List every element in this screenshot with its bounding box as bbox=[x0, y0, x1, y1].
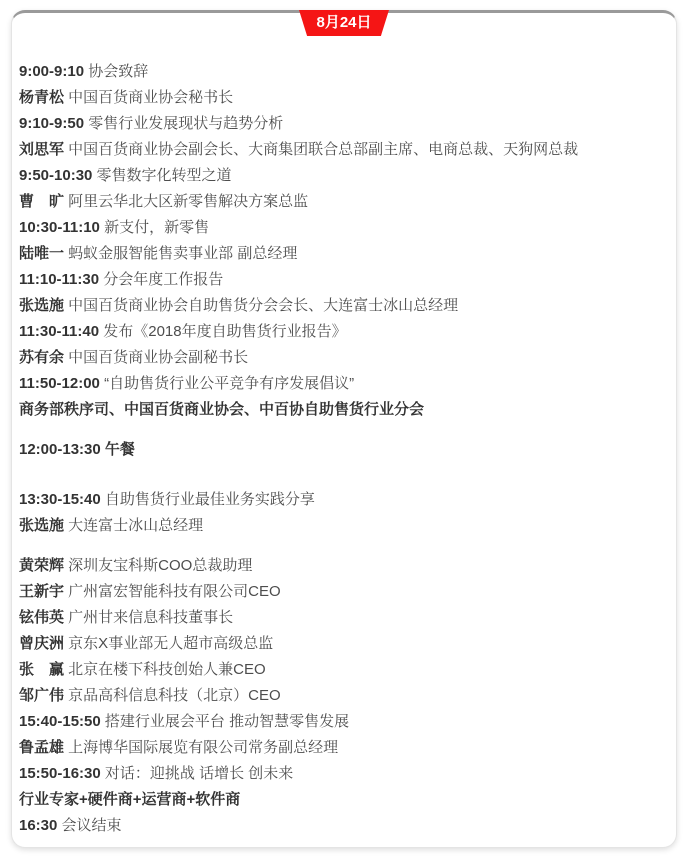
agenda-rest: 自助售货行业最佳业务实践分享 bbox=[101, 491, 315, 508]
agenda-lead: 张选施 bbox=[19, 297, 64, 314]
agenda-row: 张选施 大连富士冰山总经理 bbox=[19, 513, 669, 539]
agenda-lead: 11:30-11:40 bbox=[19, 323, 99, 340]
agenda-row: 10:30-11:10 新支付，新零售 bbox=[19, 215, 669, 241]
agenda-lead: 杨青松 bbox=[19, 89, 64, 106]
agenda-row: 15:50-16:30 对话：迎挑战 话增长 创未来 bbox=[19, 761, 669, 787]
agenda-lead: 11:10-11:30 bbox=[19, 271, 99, 288]
agenda-row: 刘思军 中国百货商业协会副会长、大商集团联合总部副主席、电商总裁、天狗网总裁 bbox=[19, 137, 669, 163]
agenda-row: 曹 旷 阿里云华北大区新零售解决方案总监 bbox=[19, 189, 669, 215]
agenda-lead: 行业专家+硬件商+运营商+软件商 bbox=[19, 791, 240, 808]
agenda-rest: 阿里云华北大区新零售解决方案总监 bbox=[64, 193, 308, 210]
agenda-rest: 新支付，新零售 bbox=[100, 219, 209, 236]
agenda-lead: 邹广伟 bbox=[19, 687, 64, 704]
agenda-row: 11:10-11:30 分会年度工作报告 bbox=[19, 267, 669, 293]
agenda-row: 11:30-11:40 发布《2018年度自助售货行业报告》 bbox=[19, 319, 669, 345]
agenda-lead: 曹 旷 bbox=[19, 193, 64, 210]
agenda-row: 13:30-15:40 自助售货行业最佳业务实践分享 bbox=[19, 487, 669, 513]
agenda-rest: 对话：迎挑战 话增长 创未来 bbox=[101, 765, 294, 782]
agenda-rest: “自助售货行业公平竞争有序发展倡议” bbox=[100, 375, 354, 392]
agenda-lead: 黄荣辉 bbox=[19, 557, 64, 574]
agenda-rest: 会议结束 bbox=[57, 817, 121, 834]
agenda-list: 9:00-9:10 协会致辞杨青松 中国百货商业协会秘书长9:10-9:50 零… bbox=[19, 59, 669, 839]
agenda-row: 陆唯一 蚂蚁金服智能售卖事业部 副总经理 bbox=[19, 241, 669, 267]
agenda-lead: 10:30-11:10 bbox=[19, 219, 100, 236]
agenda-rest: 中国百货商业协会秘书长 bbox=[64, 89, 233, 106]
agenda-row: 鲁孟雄 上海博华国际展览有限公司常务副总经理 bbox=[19, 735, 669, 761]
date-badge: 8月24日 bbox=[299, 10, 389, 36]
agenda-lead: 15:40-15:50 bbox=[19, 713, 101, 730]
agenda-rest: 深圳友宝科斯COO总裁助理 bbox=[64, 557, 252, 574]
agenda-row: 曾庆洲 京东X事业部无人超市高级总监 bbox=[19, 631, 669, 657]
agenda-lead: 刘思军 bbox=[19, 141, 64, 158]
agenda-row: 商务部秩序司、中国百货商业协会、中百协自助售货行业分会 bbox=[19, 397, 669, 423]
agenda-rest: 京东X事业部无人超市高级总监 bbox=[64, 635, 273, 652]
agenda-rest: 午餐 bbox=[101, 441, 135, 458]
agenda-lead: 张 赢 bbox=[19, 661, 64, 678]
agenda-lead: 铉伟英 bbox=[19, 609, 64, 626]
agenda-row: 王新宇 广州富宏智能科技有限公司CEO bbox=[19, 579, 669, 605]
agenda-row: 苏有余 中国百货商业协会副秘书长 bbox=[19, 345, 669, 371]
agenda-lead: 9:00-9:10 bbox=[19, 63, 84, 80]
agenda-rest: 京品高科信息科技（北京）CEO bbox=[64, 687, 281, 704]
agenda-row: 张 赢 北京在楼下科技创始人兼CEO bbox=[19, 657, 669, 683]
agenda-row: 16:30 会议结束 bbox=[19, 813, 669, 839]
agenda-rest: 中国百货商业协会副会长、大商集团联合总部副主席、电商总裁、天狗网总裁 bbox=[64, 141, 578, 158]
agenda-rest: 零售行业发展现状与趋势分析 bbox=[84, 115, 283, 132]
agenda-row: 张选施 中国百货商业协会自助售货分会会长、大连富士冰山总经理 bbox=[19, 293, 669, 319]
agenda-lead: 苏有余 bbox=[19, 349, 64, 366]
agenda-lead: 11:50-12:00 bbox=[19, 375, 100, 392]
agenda-lead: 9:50-10:30 bbox=[19, 167, 92, 184]
agenda-rest: 发布《2018年度自助售货行业报告》 bbox=[99, 323, 347, 340]
agenda-lead: 商务部秩序司、中国百货商业协会、中百协自助售货行业分会 bbox=[19, 401, 424, 418]
agenda-rest: 中国百货商业协会副秘书长 bbox=[64, 349, 248, 366]
agenda-lead: 陆唯一 bbox=[19, 245, 64, 262]
agenda-row: 邹广伟 京品高科信息科技（北京）CEO bbox=[19, 683, 669, 709]
agenda-rest: 搭建行业展会平台 推动智慧零售发展 bbox=[101, 713, 349, 730]
agenda-row: 杨青松 中国百货商业协会秘书长 bbox=[19, 85, 669, 111]
agenda-row: 9:50-10:30 零售数字化转型之道 bbox=[19, 163, 669, 189]
agenda-lead: 王新宇 bbox=[19, 583, 64, 600]
agenda-rest: 分会年度工作报告 bbox=[99, 271, 223, 288]
agenda-lead: 13:30-15:40 bbox=[19, 491, 101, 508]
agenda-row: 9:10-9:50 零售行业发展现状与趋势分析 bbox=[19, 111, 669, 137]
agenda-row: 黄荣辉 深圳友宝科斯COO总裁助理 bbox=[19, 553, 669, 579]
agenda-rest: 广州甘来信息科技董事长 bbox=[64, 609, 233, 626]
agenda-row: 铉伟英 广州甘来信息科技董事长 bbox=[19, 605, 669, 631]
agenda-lead: 12:00-13:30 bbox=[19, 441, 101, 458]
agenda-row: 9:00-9:10 协会致辞 bbox=[19, 59, 669, 85]
agenda-rest: 广州富宏智能科技有限公司CEO bbox=[64, 583, 281, 600]
agenda-lead: 曾庆洲 bbox=[19, 635, 64, 652]
agenda-row: 11:50-12:00 “自助售货行业公平竞争有序发展倡议” bbox=[19, 371, 669, 397]
agenda-rest: 协会致辞 bbox=[84, 63, 148, 80]
agenda-rest: 中国百货商业协会自助售货分会会长、大连富士冰山总经理 bbox=[64, 297, 458, 314]
schedule-card: 8月24日 9:00-9:10 协会致辞杨青松 中国百货商业协会秘书长9:10-… bbox=[11, 10, 677, 848]
agenda-lead: 张选施 bbox=[19, 517, 64, 534]
agenda-rest: 零售数字化转型之道 bbox=[92, 167, 231, 184]
agenda-rest: 上海博华国际展览有限公司常务副总经理 bbox=[64, 739, 338, 756]
agenda-row: 12:00-13:30 午餐 bbox=[19, 437, 669, 463]
agenda-row: 15:40-15:50 搭建行业展会平台 推动智慧零售发展 bbox=[19, 709, 669, 735]
agenda-lead: 15:50-16:30 bbox=[19, 765, 101, 782]
agenda-rest: 大连富士冰山总经理 bbox=[64, 517, 203, 534]
agenda-lead: 9:10-9:50 bbox=[19, 115, 84, 132]
agenda-rest: 北京在楼下科技创始人兼CEO bbox=[64, 661, 266, 678]
agenda-lead: 16:30 bbox=[19, 817, 57, 834]
agenda-rest: 蚂蚁金服智能售卖事业部 副总经理 bbox=[64, 245, 297, 262]
agenda-row: 行业专家+硬件商+运营商+软件商 bbox=[19, 787, 669, 813]
agenda-lead: 鲁孟雄 bbox=[19, 739, 64, 756]
